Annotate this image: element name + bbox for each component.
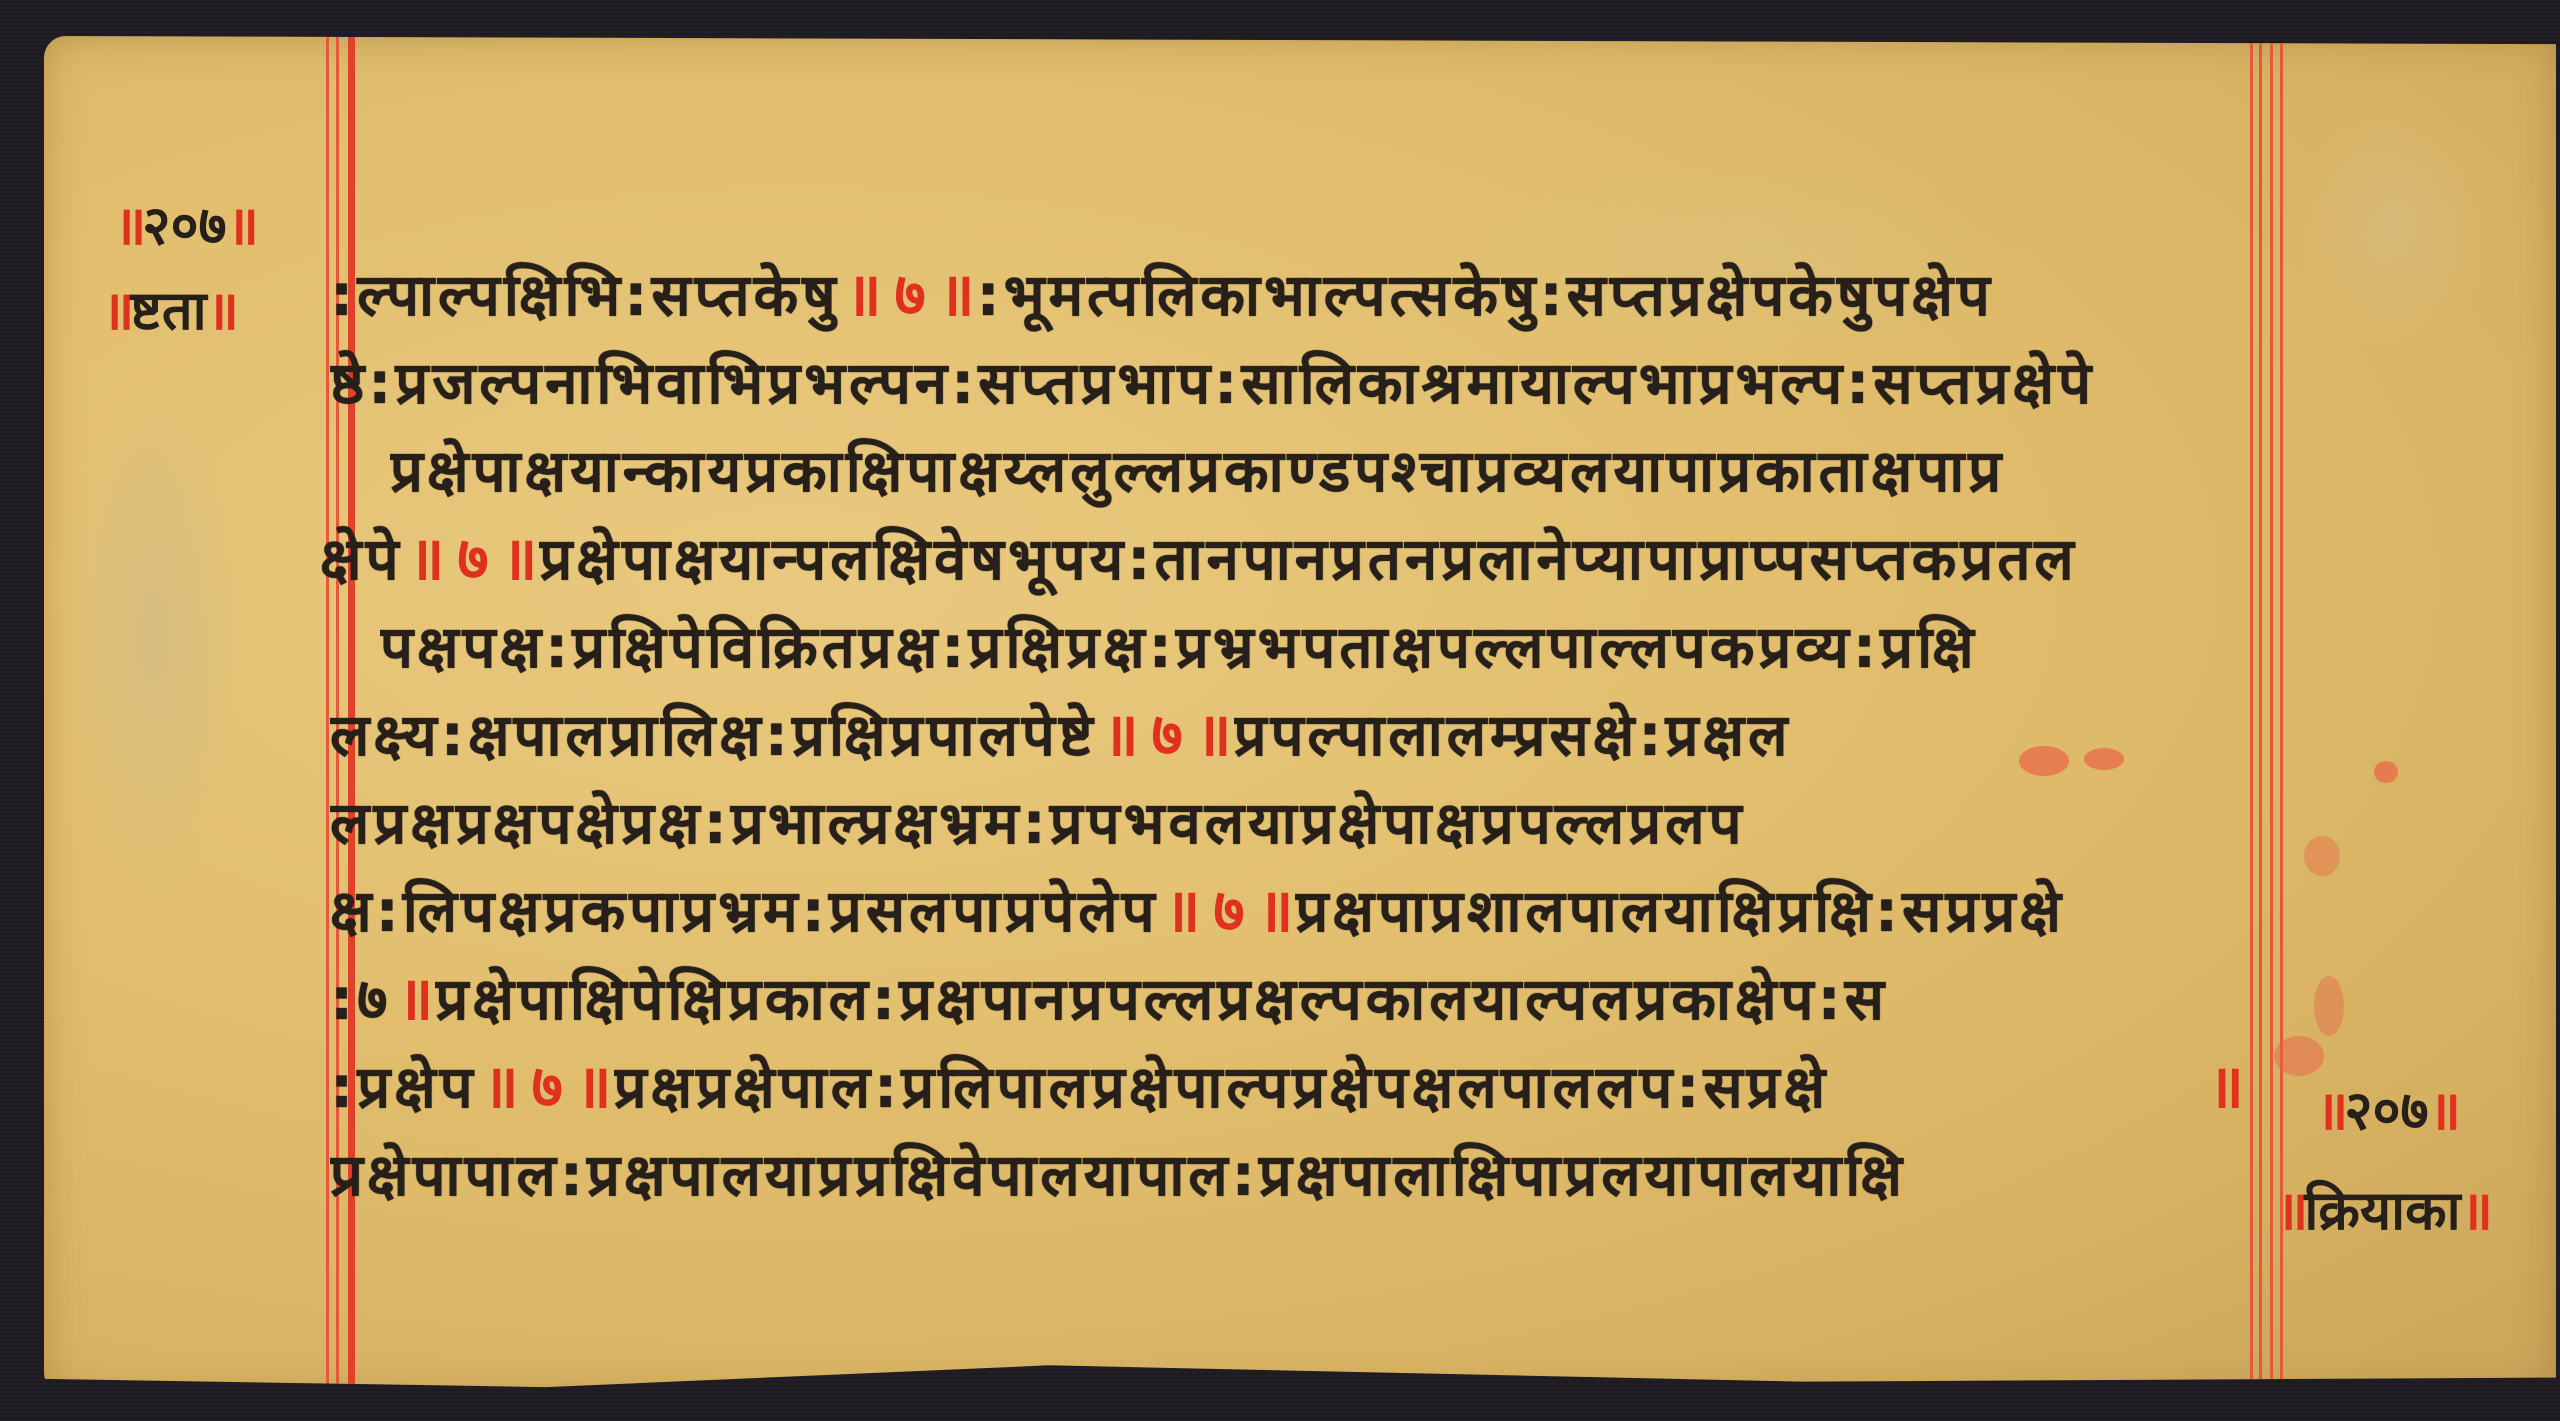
right-ruling-line <box>2270 36 2273 1398</box>
right-ruling-line <box>2259 36 2262 1398</box>
manuscript-line: :प्रक्षेप ॥ ७ ॥ प्रक्षप्रक्षेपाल:प्रलिपा… <box>330 1040 2240 1128</box>
rubric-danda: ॥ <box>397 955 429 1037</box>
rubric-danda: ॥ <box>2208 1043 2240 1125</box>
rubric-danda: ॥ ७ ॥ <box>846 251 971 333</box>
left-margin-label: ॥ष्टता॥ <box>102 271 235 345</box>
manuscript-line: लप्रक्षप्रक्षपक्षेप्रक्ष:प्रभाल्प्रक्षभ्… <box>330 776 2240 864</box>
manuscript-line: पक्षपक्ष:प्रक्षिपेविक्रितप्रक्ष:प्रक्षिप… <box>330 600 2240 688</box>
paper-stain <box>64 376 244 896</box>
red-ink-spot <box>2374 761 2398 783</box>
red-ink-spot <box>2304 836 2340 876</box>
left-ruling-line <box>326 36 329 1398</box>
manuscript-text-block: :ल्पाल्पक्षिभि:सप्तकेषु ॥ ७ ॥ :भूमत्पलिक… <box>330 248 2240 1216</box>
red-ink-spot <box>2274 1036 2324 1076</box>
manuscript-line: :७ ॥ प्रक्षेपाक्षिपेक्षिप्रकाल:प्रक्षपान… <box>330 952 2240 1040</box>
manuscript-line: प्रक्षेपापाल:प्रक्षपालयाप्रप्रक्षिवेपालय… <box>330 1128 2240 1216</box>
left-folio-number: ॥२०७॥ <box>114 186 255 260</box>
manuscript-line: क्ष:लिपक्षप्रकपाप्रभ्रम:प्रसलपाप्रपेलेप … <box>330 864 2240 952</box>
manuscript-line: ष्ठे:प्रजल्पनाभिवाभिप्रभल्पन:सप्तप्रभाप:… <box>330 336 2240 424</box>
right-ruling-line <box>2250 36 2253 1398</box>
manuscript-line: लक्ष्य:क्षपालप्रालिक्ष:प्रक्षिप्रपालपेष्… <box>330 688 2240 776</box>
manuscript-line: क्षेपे ॥ ७ ॥ प्रक्षेपाक्षयान्पलक्षिवेषभू… <box>320 512 2240 600</box>
rubric-danda: ॥ ७ ॥ <box>1103 691 1228 773</box>
rubric-danda: ॥ ७ ॥ <box>409 515 534 597</box>
manuscript-line: प्रक्षेपाक्षयान्कायप्रकाक्षिपाक्षय्ललुल्… <box>330 424 2240 512</box>
paper-stain <box>2294 96 2494 356</box>
rubric-danda: ॥ ७ ॥ <box>483 1043 608 1125</box>
right-folio-number: ॥२०७॥ <box>2316 1071 2457 1145</box>
manuscript-line: :ल्पाल्पक्षिभि:सप्तकेषु ॥ ७ ॥ :भूमत्पलिक… <box>330 248 2240 336</box>
rubric-danda: ॥ ७ ॥ <box>1165 867 1290 949</box>
right-margin-label: ॥क्रियाका॥ <box>2276 1171 2489 1245</box>
red-ink-spot <box>2314 976 2344 1036</box>
